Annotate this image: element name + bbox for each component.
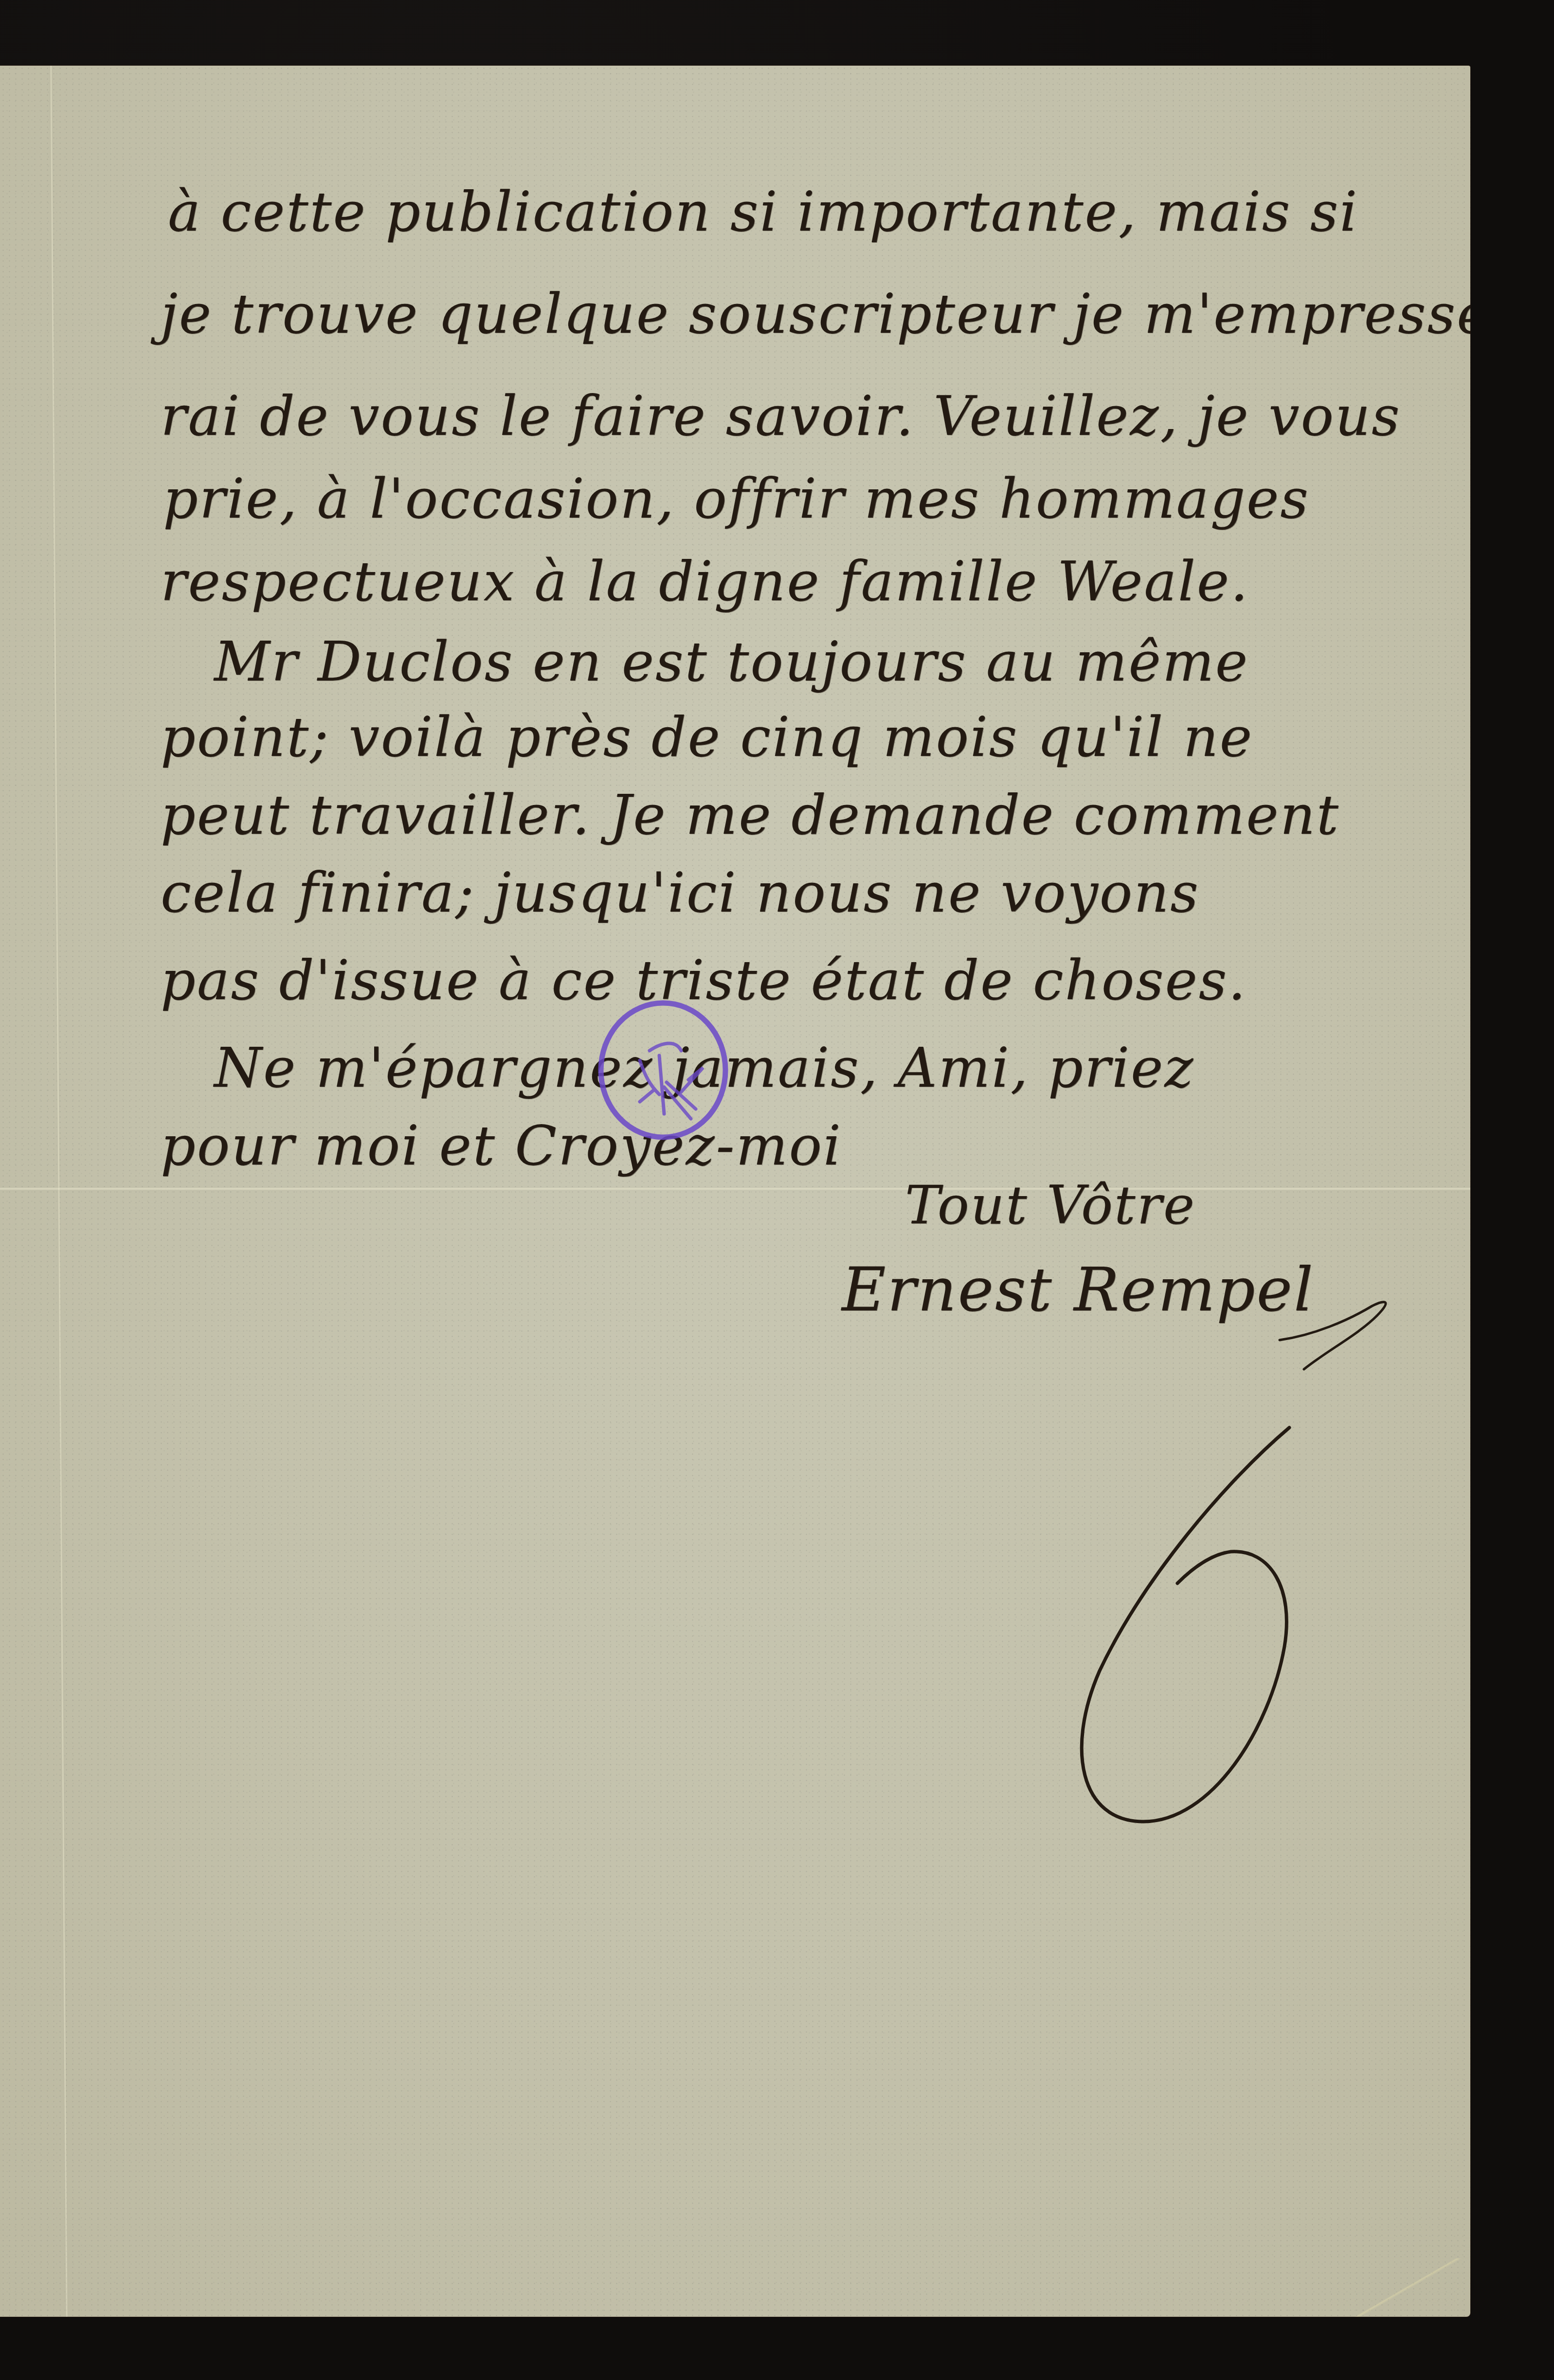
letter-line: Mr Duclos en est toujours au même: [214, 635, 1249, 689]
signature: Ernest Rempel: [842, 1260, 1315, 1320]
letter-line: à cette publication si importante, mais …: [168, 185, 1358, 239]
signature-flourish-icon: [1275, 1262, 1401, 1379]
letter-line: prie, à l'occasion, offrir mes hommages: [163, 472, 1310, 526]
archive-stamp-icon: [591, 997, 737, 1143]
letter-line: pour moi et Croyez-moi: [161, 1119, 842, 1173]
letter-page: à cette publication si importante, mais …: [0, 66, 1470, 2317]
letter-line: je trouve quelque souscripteur je m'empr…: [161, 287, 1470, 341]
letter-line: point; voilà près de cinq mois qu'il ne: [161, 710, 1253, 765]
letter-line: peut travailler. Je me demande comment: [161, 788, 1340, 842]
letter-line: cela finira; jusqu'ici nous ne voyons: [161, 866, 1200, 920]
letter-line: respectueux à la digne famille Weale.: [161, 555, 1249, 609]
letter-line: rai de vous le faire savoir. Veuillez, j…: [161, 389, 1401, 444]
letter-closing: Tout Vôtre: [905, 1180, 1196, 1232]
page-number-six-icon: 6: [997, 1418, 1328, 1846]
letter-body: à cette publication si importante, mais …: [0, 66, 1470, 2317]
